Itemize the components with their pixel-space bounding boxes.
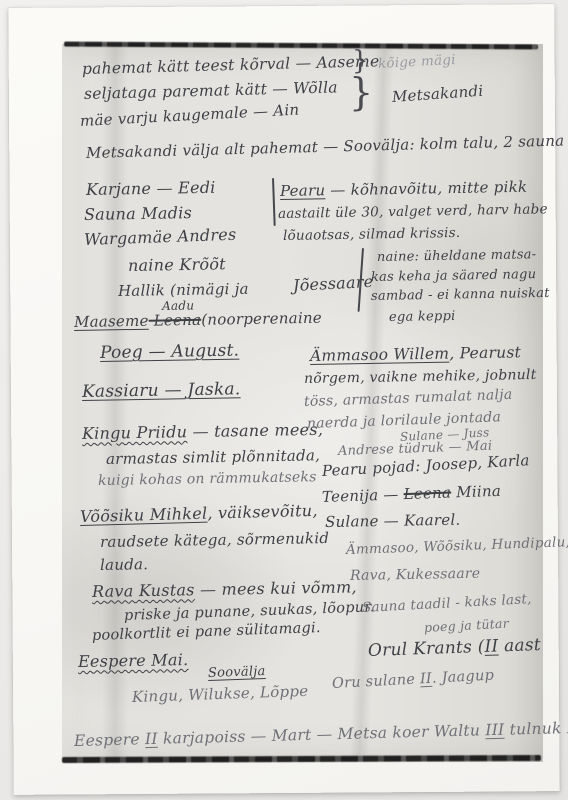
- handwritten-line: kas keha ja säared nagu: [371, 267, 537, 285]
- handwritten-text: ega keppi: [389, 309, 456, 325]
- handwritten-text: Hallik (nimägi ja: [118, 280, 249, 300]
- handwritten-text: , väiksevõitu,: [207, 501, 318, 523]
- handwritten-line: Rava, Kukessaare: [350, 566, 481, 584]
- handwritten-line: sambad - ei kanna nuiskat: [371, 286, 550, 304]
- handwritten-text: kas keha ja säared nagu: [371, 267, 537, 285]
- handwritten-text: II: [145, 730, 158, 748]
- handwritten-line: Sulane — Kaarel.: [325, 511, 461, 531]
- handwritten-line: Soovälja: [208, 664, 266, 681]
- handwritten-text: II: [484, 636, 499, 656]
- handwritten-text: lõuaotsas, silmad krissis.: [283, 225, 461, 244]
- handwritten-text: Rava, Kukessaare: [350, 566, 481, 584]
- handwritten-text: sambad - ei kanna nuiskat: [371, 286, 550, 304]
- photograph-of-manuscript: pahemat kätt teest kõrval — Aasemekõige …: [0, 0, 568, 800]
- handwritten-text: Maaseme: [74, 312, 149, 331]
- handwritten-text: — mees kui võmm,: [194, 577, 356, 599]
- handwritten-text: armastas simlit plõnnitada,: [106, 446, 320, 468]
- handwritten-text: Orul Krants (: [368, 637, 485, 661]
- handwritten-line: Karjane — Eedi: [86, 178, 216, 199]
- handwritten-text: Sulane — Kaarel.: [325, 511, 461, 531]
- handwritten-text: aast: [498, 635, 541, 656]
- handwritten-text: Soovälja: [208, 664, 266, 681]
- handwritten-text: naine: üheldane matsa-: [377, 247, 537, 265]
- handwritten-text: , Pearust: [449, 343, 521, 362]
- handwritten-text: — kõhnavõitu, mitte pikk: [325, 178, 527, 200]
- handwritten-line: naine Krõõt: [128, 254, 226, 275]
- handwritten-text: . Jaagup: [432, 668, 495, 687]
- handwritten-text: tulnuk Kai: [504, 718, 568, 738]
- handwritten-text: Kassiaru — Jaska.: [82, 379, 241, 402]
- handwritten-text: Ämmasoo Willem: [310, 345, 450, 365]
- handwritten-text: lauda.: [100, 555, 149, 574]
- handwritten-text: Kingu Priidu: [82, 422, 188, 443]
- handwritten-text: naine Krõõt: [128, 254, 226, 275]
- handwritten-text: Poeg — August.: [100, 341, 240, 363]
- handwritten-text: Miina: [451, 482, 501, 502]
- handwritten-text: (noorperenaine: [201, 309, 322, 329]
- handwritten-text: Eespere: [74, 730, 145, 750]
- handwritten-line: lauda.: [100, 555, 149, 574]
- handwritten-line: Eespere Mai.: [78, 650, 189, 671]
- handwritten-text: Karjane — Eedi: [86, 178, 216, 199]
- handwritten-text: Eespere Mai.: [78, 650, 189, 671]
- handwritten-text: Leena: [403, 483, 451, 503]
- handwritten-line: lõuaotsas, silmad krissis.: [283, 225, 461, 244]
- grouping-brace: }: [349, 73, 373, 111]
- handwritten-line: Ämmasoo Willem, Pearust: [310, 343, 521, 365]
- handwritten-line: ega keppi: [389, 309, 456, 325]
- handwritten-text: — tasane mees,: [187, 420, 323, 441]
- handwritten-text: Pearu: [280, 181, 326, 200]
- handwritten-line: Poeg — August.: [100, 341, 240, 363]
- handwritten-line: naine: üheldane matsa-: [377, 247, 537, 265]
- handwritten-text: Teenija —: [322, 485, 404, 506]
- handwritten-text: Rava Kustas: [92, 580, 195, 601]
- handwritten-line: armastas simlit plõnnitada,: [106, 446, 320, 468]
- handwritten-line: Kassiaru — Jaska.: [82, 379, 241, 402]
- handwritten-text: III: [485, 721, 505, 739]
- handwritten-line: Sauna Madis: [84, 203, 192, 224]
- handwritten-text: Võõsiku Mihkel: [80, 504, 208, 526]
- handwritten-text: Leena: [149, 311, 202, 330]
- handwritten-line: Hallik (nimägi ja: [118, 280, 249, 300]
- handwritten-text: II: [420, 671, 433, 688]
- handwritten-text: Sauna Madis: [84, 203, 192, 224]
